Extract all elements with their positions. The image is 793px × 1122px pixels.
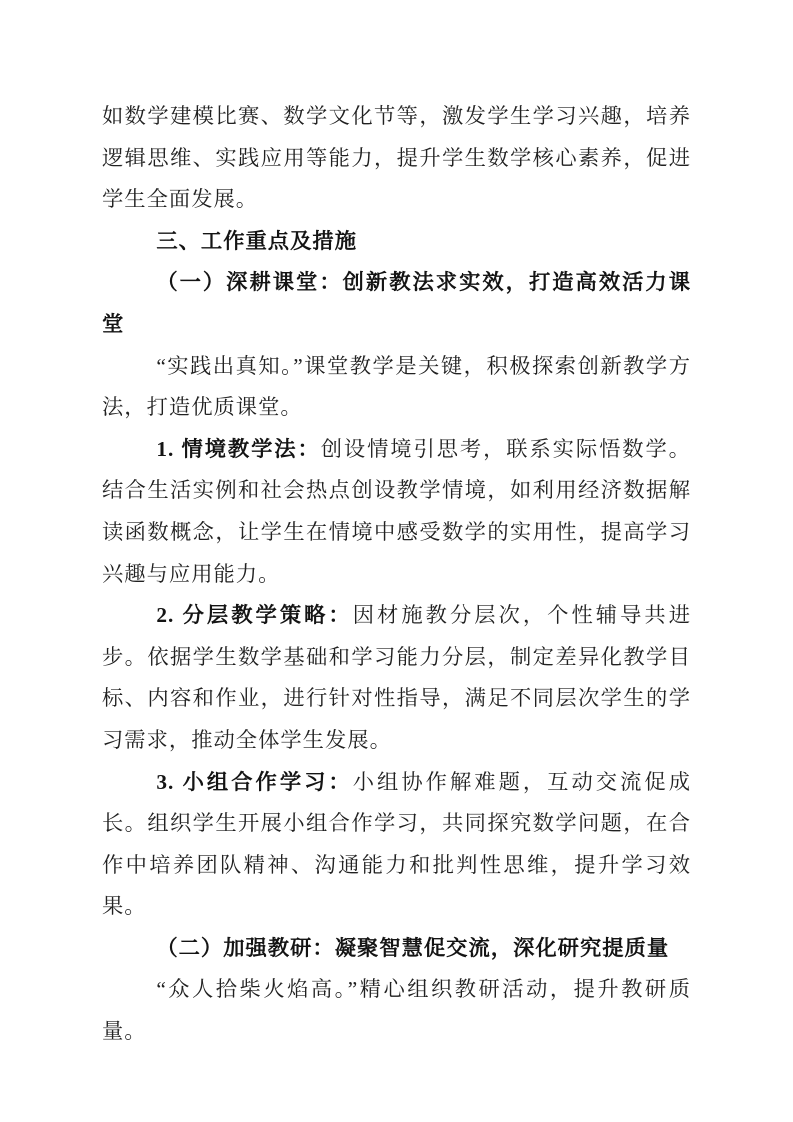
paragraph-method-3: 3. 小组合作学习：小组协作解难题，互动交流促成长。组织学生开展小组合作学习，共… bbox=[102, 762, 691, 928]
paragraph-text: “众人拾柴火焰高。”精心组织教研活动，提升教研质量。 bbox=[102, 977, 691, 1043]
paragraph-continuation: 如数学建模比赛、数学文化节等，激发学生学习兴趣，培养逻辑思维、实践应用等能力，提… bbox=[102, 96, 691, 221]
document-page: { "page": { "background_color": "#ffffff… bbox=[0, 0, 793, 1122]
section-heading-3-text: 三、工作重点及措施 bbox=[156, 229, 357, 253]
method-2-label: 2. 分层教学策略： bbox=[156, 603, 352, 627]
paragraph-text: 如数学建模比赛、数学文化节等，激发学生学习兴趣，培养逻辑思维、实践应用等能力，提… bbox=[102, 104, 691, 211]
subsection-heading-1: （一）深耕课堂：创新教法求实效，打造高效活力课堂 bbox=[102, 262, 691, 345]
section-heading-3: 三、工作重点及措施 bbox=[102, 221, 691, 263]
subsection-heading-2: （二）加强教研：凝聚智慧促交流，深化研究提质量 bbox=[102, 928, 691, 970]
paragraph-text: “实践出真知。”课堂教学是关键，积极探索创新教学方法，打造优质课堂。 bbox=[102, 354, 691, 420]
method-3-label: 3. 小组合作学习： bbox=[156, 770, 352, 794]
subsection-heading-1-text: （一）深耕课堂：创新教法求实效，打造高效活力课堂 bbox=[102, 270, 691, 336]
paragraph-research-intro: “众人拾柴火焰高。”精心组织教研活动，提升教研质量。 bbox=[102, 969, 691, 1052]
subsection-heading-2-text: （二）加强教研：凝聚智慧促交流，深化研究提质量 bbox=[156, 936, 669, 960]
paragraph-classroom-intro: “实践出真知。”课堂教学是关键，积极探索创新教学方法，打造优质课堂。 bbox=[102, 346, 691, 429]
paragraph-method-2: 2. 分层教学策略：因材施教分层次，个性辅导共进步。依据学生数学基础和学习能力分… bbox=[102, 595, 691, 761]
method-1-label: 1. 情境教学法： bbox=[156, 437, 320, 461]
page-background: 如数学建模比赛、数学文化节等，激发学生学习兴趣，培养逻辑思维、实践应用等能力，提… bbox=[0, 0, 793, 1122]
document-text-block: 如数学建模比赛、数学文化节等，激发学生学习兴趣，培养逻辑思维、实践应用等能力，提… bbox=[102, 0, 691, 1053]
paragraph-method-1: 1. 情境教学法：创设情境引思考，联系实际悟数学。结合生活实例和社会热点创设教学… bbox=[102, 429, 691, 595]
